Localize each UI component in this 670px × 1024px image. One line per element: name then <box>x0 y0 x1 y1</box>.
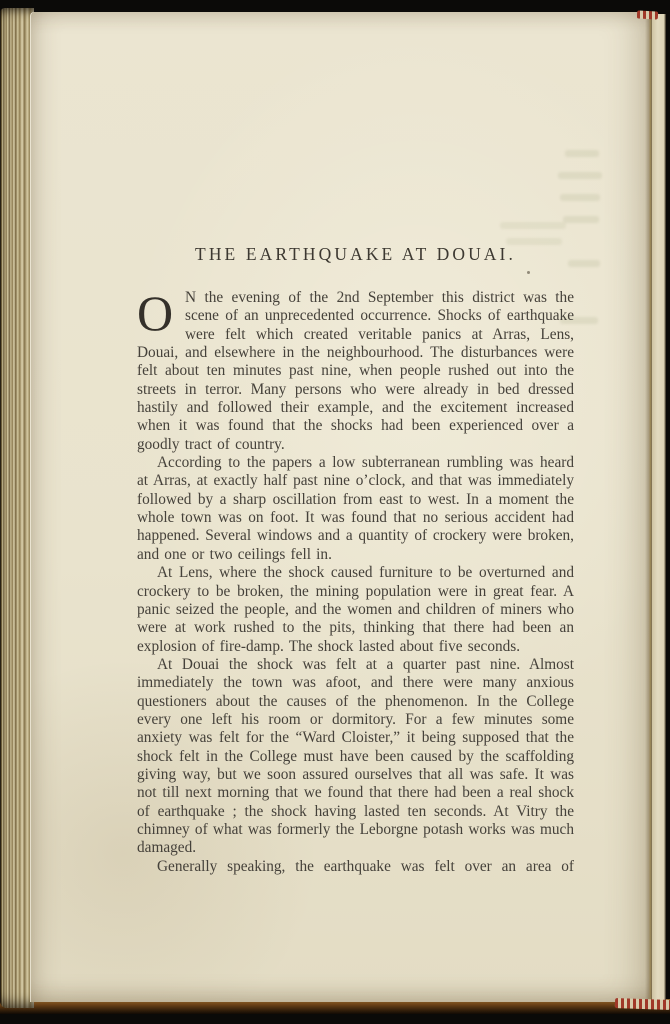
drop-cap: O <box>137 291 173 343</box>
paragraph: According to the papers a low subterrane… <box>137 454 574 564</box>
scanned-book-photo: THE EARTHQUAKE AT DOUAI. O N the evening… <box>0 0 670 1024</box>
page-edges-stack <box>0 8 34 1008</box>
tailband <box>615 998 670 1010</box>
page-content: THE EARTHQUAKE AT DOUAI. O N the evening… <box>137 12 574 876</box>
headband <box>637 10 658 19</box>
paragraph-text: N the evening of the 2nd September this … <box>137 289 574 453</box>
paragraph: Generally speaking, the earthquake was f… <box>137 858 574 876</box>
book-page: THE EARTHQUAKE AT DOUAI. O N the evening… <box>30 12 652 1002</box>
paragraph: At Lens, where the shock caused furnitur… <box>137 564 574 656</box>
page-title: THE EARTHQUAKE AT DOUAI. <box>137 244 574 265</box>
opposite-page-sliver <box>652 14 666 1000</box>
paragraph: O N the evening of the 2nd September thi… <box>137 289 574 454</box>
gutter-crease <box>645 12 652 1002</box>
paragraph: At Douai the shock was felt at a quarter… <box>137 656 574 858</box>
